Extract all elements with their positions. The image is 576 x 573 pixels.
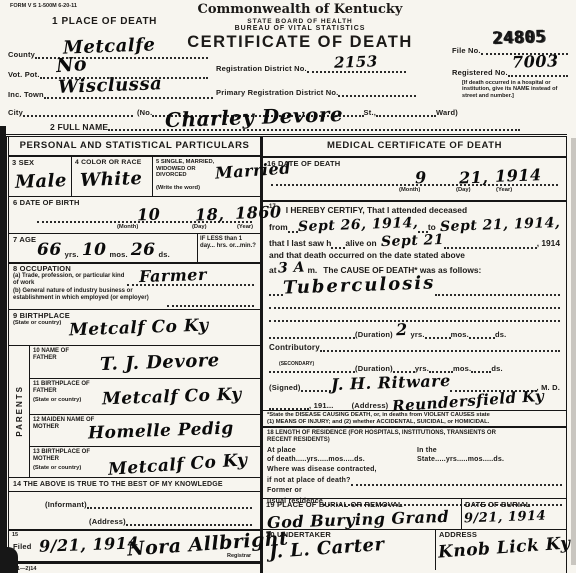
res-contracted-dots [351, 475, 562, 486]
registered-no-value: 7003 [512, 51, 559, 72]
burial-date-cell: DATE OF BURIAL 9/21, 1914 [462, 499, 566, 529]
date-of-death-row: 16 DATE OF DEATH 9 21, 1914 (Month) (Day… [263, 158, 566, 202]
signed-dots [301, 381, 331, 392]
saw-dots-2 [444, 238, 537, 249]
filed-date-value: 9/21, 1914 [39, 534, 140, 556]
inc-town-value: Wisclussa [58, 73, 163, 98]
res-in-state-1: In the [417, 447, 504, 456]
birthplace-sub-label: (State or country) [13, 320, 61, 327]
contributory-line: Contributory [269, 339, 560, 352]
occupation-a-value: Farmer [139, 265, 207, 286]
duration-ds-label: ds. [495, 331, 506, 340]
city-ward-label: Ward) [436, 109, 458, 118]
undertaker-row: 20 UNDERTAKER J. L. Carter ADDRESS Knob … [263, 530, 566, 570]
undertaker-address-label: ADDRESS [439, 531, 477, 540]
registration-district-label: Registration District No. [216, 65, 307, 74]
informant-address-row: (Address) [9, 511, 260, 531]
file-no-stamp: 24805 [492, 27, 546, 49]
mother-maiden-value: Homelle Pedig [88, 418, 234, 443]
cause-blank-line-1 [269, 298, 560, 309]
registered-no-label: Registered No. [452, 69, 508, 78]
father-name-value: T. J. Devore [100, 350, 220, 375]
mother-birthplace-sub: (State or country) [33, 465, 81, 472]
age-label: 7 AGE [13, 236, 36, 245]
vot-pot-value: No [55, 53, 88, 77]
county-label: County [8, 51, 35, 60]
duration2-ds-dots [471, 362, 491, 373]
dob-day-label: (Day) [192, 224, 207, 231]
certify-from-line: from Sept 26, 1914, to Sept 21, 1914, [269, 216, 560, 233]
cause-extra-blank-2 [269, 309, 560, 322]
certificate-title: CERTIFICATE OF DEATH [175, 33, 425, 52]
residence-label: 18 LENGTH OF RESIDENCE (FOR HOSPITALS, I… [267, 430, 517, 444]
birthplace-value: Metcalf Co Ky [69, 316, 209, 341]
res-contracted-1: Where was disease contracted, [267, 466, 562, 475]
dob-day-value: 18, [195, 204, 225, 224]
age-mos-label: mos. [110, 251, 128, 260]
contributory-dots [320, 341, 560, 352]
physician-signature: J. H. Ritware [330, 371, 450, 394]
age-yrs-label: yrs. [65, 251, 79, 260]
parents-side-label-cell: PARENTS [9, 346, 30, 477]
m-label: m. [307, 264, 317, 276]
informant-blank [87, 498, 252, 509]
certify-saw-line: that I last saw h alive on Sept 21 , 191… [269, 233, 560, 249]
dod-day-label: (Day) [456, 187, 471, 194]
duration-yrs-label: yrs. [411, 331, 425, 340]
footnote-line1: *State the DISEASE CAUSING DEATH, or, in… [267, 412, 562, 419]
dob-label: 6 DATE OF BIRTH [13, 199, 80, 208]
father-birthplace-label: 11 BIRTHPLACE OF FATHER [33, 381, 95, 395]
res-contracted-2: if not at place of death? [267, 477, 351, 486]
from-dots [288, 222, 298, 233]
informant-address-label: (Address) [89, 518, 126, 527]
dob-year-label: (Year) [237, 224, 253, 231]
date-of-birth-row: 6 DATE OF BIRTH 10 18, 1860 (Month) (Day… [9, 197, 260, 234]
scan-edge-left [0, 126, 6, 573]
dod-year-value: 1914 [495, 165, 542, 186]
occurred-line: and that death occurred on the date stat… [269, 249, 560, 261]
cause-blank-line-2 [269, 311, 560, 322]
certify-number: 17 [269, 204, 276, 211]
full-name-label: 2 FULL NAME [50, 123, 108, 132]
cause-line: Tuberculosis [269, 276, 560, 296]
filed-number: 15 [12, 532, 18, 539]
city-blank-line [23, 106, 133, 117]
saw-date-value: Sept 21 [380, 232, 444, 250]
city-label: City [8, 109, 23, 118]
res-contracted-line: if not at place of death? [267, 475, 562, 486]
occupation-row: 8 OCCUPATION (a) Trade, profession, or p… [9, 264, 260, 310]
residence-block: 18 LENGTH OF RESIDENCE (FOR HOSPITALS, I… [263, 428, 566, 499]
age-years-value: 66 [37, 240, 62, 260]
res-at-place-2: of death.....yrs.....mos.....ds. [267, 456, 417, 465]
state-header: Commonwealth of Kentucky STATE BOARD OF … [175, 2, 425, 52]
mother-birthplace-label: 13 BIRTHPLACE OF MOTHER [33, 449, 95, 463]
race-cell: 4 COLOR OR RACE White [72, 157, 153, 195]
year-blank-label: , 191... [309, 402, 334, 411]
marital-sub-label: (Write the word) [156, 185, 200, 192]
burial-date-value: 9/21, 1914 [464, 509, 547, 527]
city-st-label: St., [364, 109, 376, 118]
race-label: 4 COLOR OR RACE [75, 159, 141, 168]
duration2-mos-label: mos. [453, 365, 471, 374]
mother-birthplace-row: 13 BIRTHPLACE OF MOTHER (State or countr… [30, 447, 260, 477]
bureau-title: BUREAU OF VITAL STATISTICS [175, 25, 425, 32]
registration-district-field: Registration District No. 2153 [216, 62, 406, 73]
residence-duration-line: At place of death.....yrs.....mos.....ds… [267, 447, 562, 464]
to-dots [418, 222, 428, 233]
sex-value: Male [15, 170, 68, 193]
duration-mos-dots [425, 328, 451, 339]
res-in-state-2: State.....yrs.....mos.....ds. [417, 456, 504, 465]
cause-extra-blank-1 [269, 296, 560, 309]
mother-maiden-label: 12 MAIDEN NAME OF MOTHER [33, 417, 95, 431]
registrar-label: Registrar [227, 553, 251, 560]
full-name-field: 2 FULL NAME Charley Devore [50, 120, 520, 131]
duration2-dots [269, 362, 355, 373]
father-birthplace-sub: (State or country) [33, 397, 81, 404]
physician-address-line: , 191... (Address) Reundersfield Ky [269, 392, 560, 410]
death-certificate-scan: FORM V S 1-500M 6-20-11 1 PLACE OF DEATH… [0, 0, 576, 573]
age-row: 7 AGE 66 yrs. 10 mos. 26 ds. IF LESS tha… [9, 234, 260, 265]
burial-row: 19 PLACE OF BURIAL OR REMOVAL God Buryin… [263, 499, 566, 530]
inc-town-label: Inc. Town [8, 91, 44, 100]
certificate-body: PERSONAL AND STATISTICAL PARTICULARS 3 S… [6, 134, 567, 573]
saw-year-label: , 1914 [537, 237, 560, 249]
filed-row: 15 Filed 9/21, 1914 Nora Allbright Regis… [9, 531, 260, 564]
mother-maiden-row: 12 MAIDEN NAME OF MOTHER Homelle Pedig [30, 415, 260, 447]
registered-no-field: Registered No. 7003 [452, 66, 568, 77]
duration-line: (Duration) 2 yrs. mos. ds. [269, 322, 560, 339]
sex-cell: 3 SEX Male [9, 157, 72, 195]
to-label: to [428, 221, 436, 233]
occupation-a-label: (a) Trade, profession, or particular kin… [13, 273, 125, 287]
saw-label-post: alive on [345, 237, 376, 249]
duration-label: (Duration) [355, 331, 393, 340]
parents-label: PARENTS [15, 385, 24, 437]
dod-year-label: (Year) [496, 187, 512, 194]
cause-of-death-value: Tuberculosis [283, 272, 436, 298]
vot-pot-label: Vot. Pot. [8, 71, 40, 80]
from-label: from [269, 221, 288, 233]
informant-label: (Informant) [45, 501, 87, 510]
secondary-line: (SECONDARY) [269, 352, 560, 359]
hospital-note: [If death occurred in a hospital or inst… [462, 80, 566, 99]
if-less-cell: IF LESS than 1 day... hrs. or...min.? [197, 234, 260, 263]
year-blank-dots [269, 399, 309, 410]
informant-row: (Informant) [9, 492, 260, 511]
informant-line: (Informant) [45, 498, 252, 509]
medical-section-title: MEDICAL CERTIFICATE OF DEATH [263, 137, 566, 158]
primary-registration-label: Primary Registration District No. [216, 89, 338, 98]
father-birthplace-row: 11 BIRTHPLACE OF FATHER (State or countr… [30, 379, 260, 415]
primary-registration-field: Primary Registration District No. [216, 86, 416, 97]
county-field: County Metcalfe [8, 48, 208, 59]
form-code: FORM V S 1-500M 6-20-11 [10, 3, 77, 10]
undertaker-cell: 20 UNDERTAKER J. L. Carter [263, 530, 436, 570]
certificate-header: FORM V S 1-500M 6-20-11 1 PLACE OF DEATH… [0, 0, 576, 134]
attest-row: 14 THE ABOVE IS TRUE TO THE BEST OF MY K… [9, 477, 260, 492]
duration-mos-label: mos. [451, 331, 469, 340]
age-values: 66 yrs. 10 mos. 26 ds. [37, 240, 217, 260]
medical-certificate-column: MEDICAL CERTIFICATE OF DEATH 16 DATE OF … [261, 137, 567, 573]
attest-label: 14 THE ABOVE IS TRUE TO THE BEST OF MY K… [13, 481, 223, 490]
duration2-label: (Duration) [355, 365, 393, 374]
signed-label: (Signed) [269, 384, 301, 393]
saw-label-pre: that I last saw h [269, 237, 331, 249]
sex-race-marital-row: 3 SEX Male 4 COLOR OR RACE White 5 SINGL… [9, 157, 260, 196]
duration-value: 2 [396, 320, 408, 339]
res-at-place-1: At place [267, 447, 417, 456]
race-value: White [80, 168, 143, 191]
birthplace-row: 9 BIRTHPLACE (State or country) Metcalf … [9, 310, 260, 345]
cause-dots-right [435, 285, 560, 296]
undertaker-address-cell: ADDRESS Knob Lick Ky [436, 530, 566, 570]
dob-month-label: (Month) [117, 224, 138, 231]
commonwealth-title: Commonwealth of Kentucky [175, 2, 425, 17]
parents-rows: 10 NAME OF FATHER T. J. Devore 11 BIRTHP… [30, 346, 260, 477]
city-no-label: (No. [137, 109, 152, 118]
res-former-1: Former or [267, 487, 562, 496]
burial-place-cell: 19 PLACE OF BURIAL OR REMOVAL God Buryin… [263, 499, 462, 529]
duration-dots [269, 328, 355, 339]
parents-block: PARENTS 10 NAME OF FATHER T. J. Devore 1… [9, 346, 260, 478]
death-time-value: 3 A [278, 260, 306, 277]
residence-at-place: At place of death.....yrs.....mos.....ds… [267, 447, 417, 464]
father-birthplace-value: Metcalf Co Ky [102, 384, 242, 409]
informant-address-blank [126, 515, 252, 526]
saw-dots-1 [331, 238, 345, 249]
age-days-value: 26 [131, 240, 156, 260]
duration2-line: (Duration) yrs. mos. ds. [269, 359, 560, 373]
dod-month-value: 9 [415, 168, 427, 187]
age-ds-label: ds. [158, 251, 169, 260]
father-name-row: 10 NAME OF FATHER T. J. Devore [30, 346, 260, 379]
age-months-value: 10 [82, 240, 107, 260]
occupation-b-blank [167, 305, 254, 307]
duration2-ds-label: ds. [491, 365, 502, 374]
footnote-block: *State the DISEASE CAUSING DEATH, or, in… [263, 411, 566, 428]
dod-month-label: (Month) [399, 187, 420, 194]
registration-district-value: 2153 [334, 52, 378, 72]
footnote-line2: (1) MEANS OF INJURY; and (2) whether ACC… [267, 419, 562, 426]
residence-in-state: In the State.....yrs.....mos.....ds. [417, 447, 504, 464]
cause-dots-left [269, 285, 283, 296]
personal-section-title: PERSONAL AND STATISTICAL PARTICULARS [9, 137, 260, 157]
mother-birthplace-value: Metcalf Co Ky [107, 450, 248, 480]
informant-address-line: (Address) [89, 515, 252, 526]
scan-edge-corner [0, 547, 18, 573]
father-name-label: 10 NAME OF FATHER [33, 348, 93, 362]
city-st-blank [376, 106, 436, 117]
sex-label: 3 SEX [12, 159, 34, 168]
footer-form-code: (1—2)14 [15, 566, 260, 573]
personal-particulars-column: PERSONAL AND STATISTICAL PARTICULARS 3 S… [6, 137, 261, 573]
file-no-label: File No. [452, 47, 481, 56]
dob-month-value: 10 [137, 204, 161, 224]
certify-heading: I HEREBY CERTIFY, That I attended deceas… [286, 204, 467, 216]
primary-registration-blank [338, 86, 416, 97]
occupation-b-label: (b) General nature of industry business … [13, 288, 163, 302]
at-label: at [269, 264, 276, 276]
board-title: STATE BOARD OF HEALTH [175, 18, 425, 25]
dod-day-value: 21, [459, 167, 489, 187]
burial-date-label: DATE OF BURIAL [465, 501, 531, 510]
duration-ds-dots [469, 328, 495, 339]
burial-place-value: God Burying Grand [267, 507, 450, 532]
marital-label: 5 SINGLE, MARRIED, WIDOWED OR DIVORCED [156, 159, 218, 179]
contributory-label: Contributory [269, 344, 320, 353]
place-of-death-heading: 1 PLACE OF DEATH [52, 16, 157, 27]
dod-label: 16 DATE OF DEATH [267, 160, 340, 169]
marital-cell: 5 SINGLE, MARRIED, WIDOWED OR DIVORCED (… [153, 157, 260, 195]
physician-address-label: (Address) [352, 402, 389, 411]
certify-block: 17 I HEREBY CERTIFY, That I attended dec… [263, 202, 566, 411]
scan-edge-right [571, 138, 576, 565]
inc-town-field: Inc. Town Wisclussa [8, 88, 213, 99]
